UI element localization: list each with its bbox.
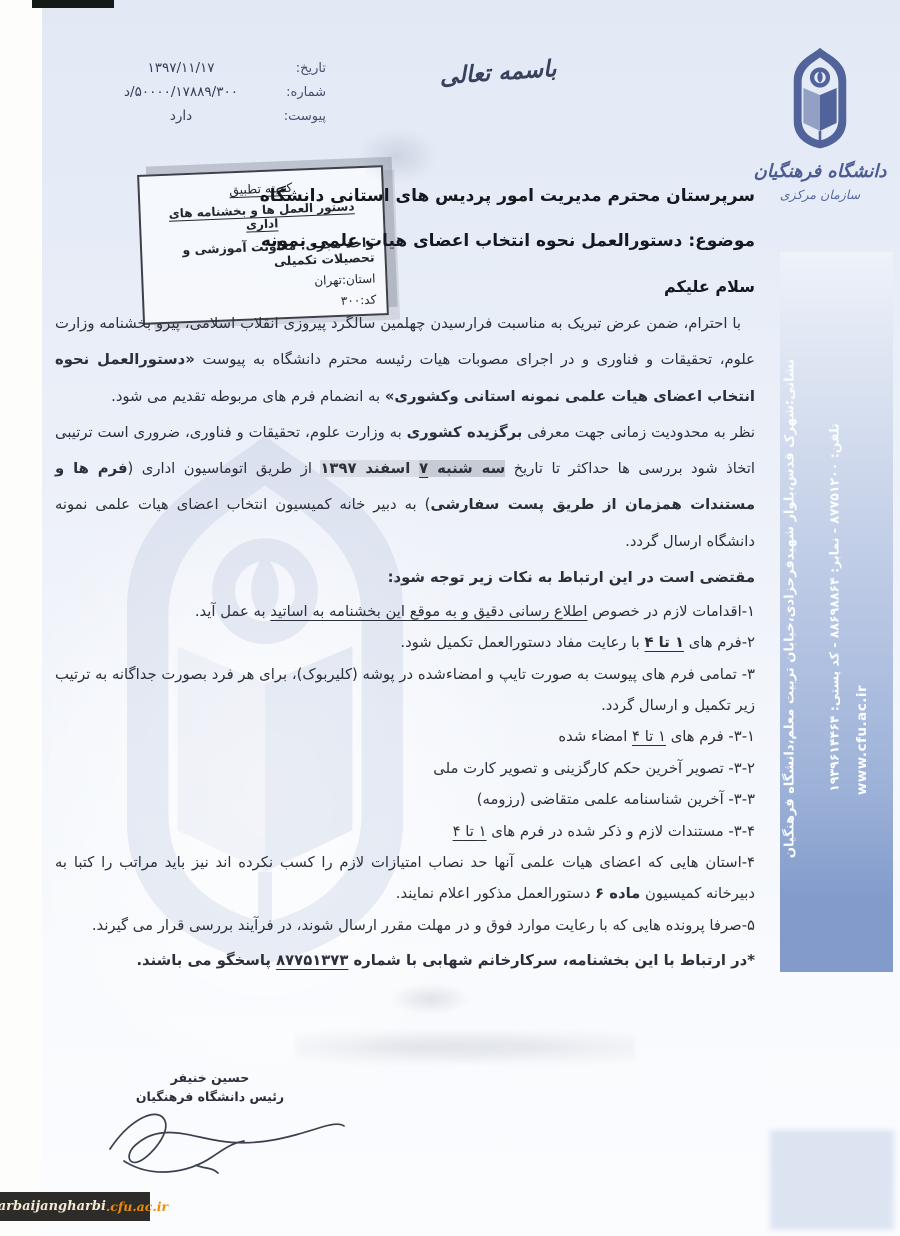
watermark-site-prefix: azarbaijangharbi [0,1199,106,1214]
list-item-4: ۴-استان هایی که اعضای هیات علمی آنها حد … [55,847,755,910]
date-label: تاریخ: [264,61,326,76]
list-item-3-3: ۳-۳- آخرین شناسنامه علمی متقاضی (رزومه) [55,784,755,815]
list-item-1: ۱-اقدامات لازم در خصوص اطلاع رسانی دقیق … [55,596,755,627]
number-value: ۵۰۰۰۰/۱۷۸۸۹/۳۰۰/د [98,84,264,100]
list-item-3-2: ۳-۲- تصویر آخرین حکم کارگزینی و تصویر کا… [55,753,755,784]
contact-vertical-text: تلفن: ۸۷۷۵۱۲۰۰ - نمابر: ۸۸۶۹۸۸۶۴ - کد پس… [827,328,842,888]
paragraph-deadline: نظر به محدودیت زمانی جهت معرفی برگزیده ک… [55,415,755,560]
attachment-value: دارد [98,108,264,124]
paragraph-greeting: با احترام، ضمن عرض تبریک به مناسبت فرارس… [55,306,755,415]
list-item-2: ۲-فرم های ۱ تا ۴ با رعایت مفاد دستورالعم… [55,627,755,658]
scanned-letter: باسمه تعالی تاریخ: ۱۳۹۷/۱۱/۱۷ شماره: ۵۰۰… [0,0,900,1236]
letter-body: با احترام، ضمن عرض تبریک به مناسبت فرارس… [55,306,755,991]
meta-row-date: تاریخ: ۱۳۹۷/۱۱/۱۷ [98,60,326,76]
recipient-line: سرپرستان محترم مدیریت امور پردیس های است… [55,186,755,206]
contact-footnote: *در ارتباط با این بخشنامه، سرکارخانم شها… [55,945,755,976]
meta-row-attachment: پیوست: دارد [98,108,326,124]
subject-line: موضوع: دستورالعمل نحوه انتخاب اعضای هیات… [55,231,755,251]
number-label: شماره: [264,85,326,100]
salutation-line: سلام علیکم [55,277,755,296]
paragraph-note: مقتضی است در این ارتباط به نکات زیر توجه… [55,560,755,596]
date-value: ۱۳۹۷/۱۱/۱۷ [98,60,264,76]
logo-university-name: دانشگاه فرهنگیان [746,161,894,182]
handwritten-signature-icon [100,1095,350,1185]
letter-heading: سرپرستان محترم مدیریت امور پردیس های است… [55,186,755,296]
signer-name: حسین خنیفر [80,1070,340,1085]
list-item-3: ۳- تمامی فرم های پیوست به صورت تایپ و ام… [55,659,755,722]
university-logo: دانشگاه فرهنگیان سازمان مرکزی [746,46,894,202]
logo-org-name: سازمان مرکزی [746,187,894,202]
university-logo-icon [775,46,865,158]
watermark-site-suffix: .cfu.ac.ir [106,1199,168,1214]
letter-meta-block: تاریخ: ۱۳۹۷/۱۱/۱۷ شماره: ۵۰۰۰۰/۱۷۸۸۹/۳۰۰… [98,60,326,132]
meta-row-number: شماره: ۵۰۰۰۰/۱۷۸۸۹/۳۰۰/د [98,84,326,100]
scan-tint-block [770,1130,894,1230]
footer-watermark-bar: azarbaijangharbi.cfu.ac.ir [0,1192,150,1221]
address-vertical-text: نشانی:شهرک قدس،بلوار شهیدفرحزادی،خیابان … [783,259,798,959]
list-item-3-4: ۳-۴- مستندات لازم و ذکر شده در فرم های ۱… [55,816,755,847]
list-item-3-1: ۳-۱- فرم های ۱ تا ۴ امضاء شده [55,721,755,752]
scan-edge-artifact [32,0,114,8]
website-vertical-text: www.cfu.ac.ir [854,665,870,815]
scan-left-margin [0,0,42,1236]
list-item-5: ۵-صرفا پرونده هایی که با رعایت موارد فوق… [55,910,755,941]
bismillah-text: باسمه تعالی [407,54,588,92]
attachment-label: پیوست: [264,109,326,124]
